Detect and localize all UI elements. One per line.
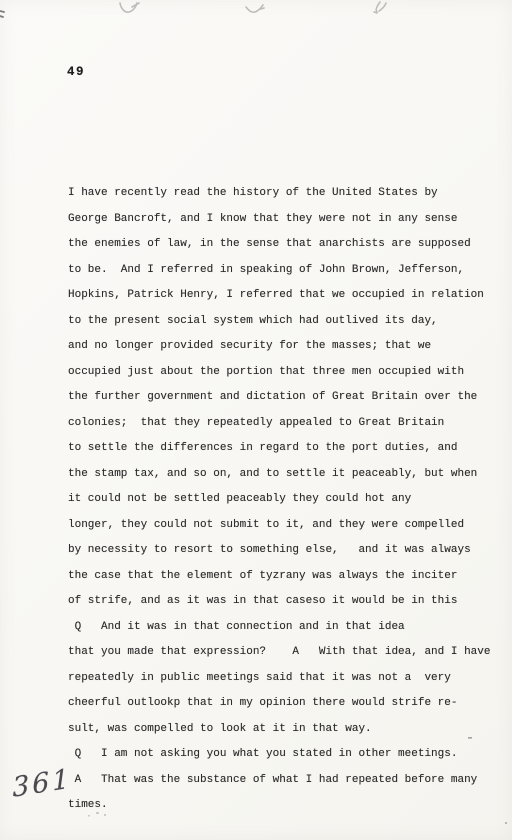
typed-page-number: 49 [67,65,85,79]
text-line: to be. And I referred in speaking of Joh… [68,258,504,284]
text-line: and no longer provided security for the … [68,334,504,360]
text-line: Q I am not asking you what you stated in… [68,742,504,768]
text-line: Q And it was in that connection and in t… [68,615,504,641]
text-line: to the present social system which had o… [68,309,504,335]
pencil-check-icon [120,2,386,13]
text-line: by necessity to resort to something else… [68,538,504,564]
document-page: 49 I have recently read the history of t… [0,0,512,840]
text-line: to settle the differences in regard to t… [68,436,504,462]
text-line: repeatedly in public meetings said that … [68,666,504,692]
text-line: George Bancroft, and I know that they we… [68,207,504,233]
text-line: of strife, and as it was in that caseso … [68,589,504,615]
typed-text-block: I have recently read the history of the … [68,181,504,819]
handwritten-page-number: 361 [12,763,73,804]
edge-mark-icon [0,11,4,17]
text-line: longer, they could not submit to it, and… [68,513,504,539]
text-line: cheerful outlookp that in my opinion the… [68,691,504,717]
text-line: that you made that expression? A With th… [68,640,504,666]
text-line: Hopkins, Patrick Henry, I referred that … [68,283,504,309]
text-line: the further government and dictation of … [68,385,504,411]
text-line: occupied just about the portion that thr… [68,360,504,386]
text-line: colonies; that they repeatedly appealed … [68,411,504,437]
text-line: it could not be settled peaceably they c… [68,487,504,513]
text-line: A That was the substance of what I had r… [68,768,504,794]
text-line: the stamp tax, and so on, and to settle … [68,462,504,488]
text-line: I have recently read the history of the … [68,181,504,207]
text-line: the enemies of law, in the sense that an… [68,232,504,258]
text-line: sult, was compelled to look at it in tha… [68,717,504,743]
text-line: times. [68,793,504,819]
text-line: the case that the element of tyzrany was… [68,564,504,590]
